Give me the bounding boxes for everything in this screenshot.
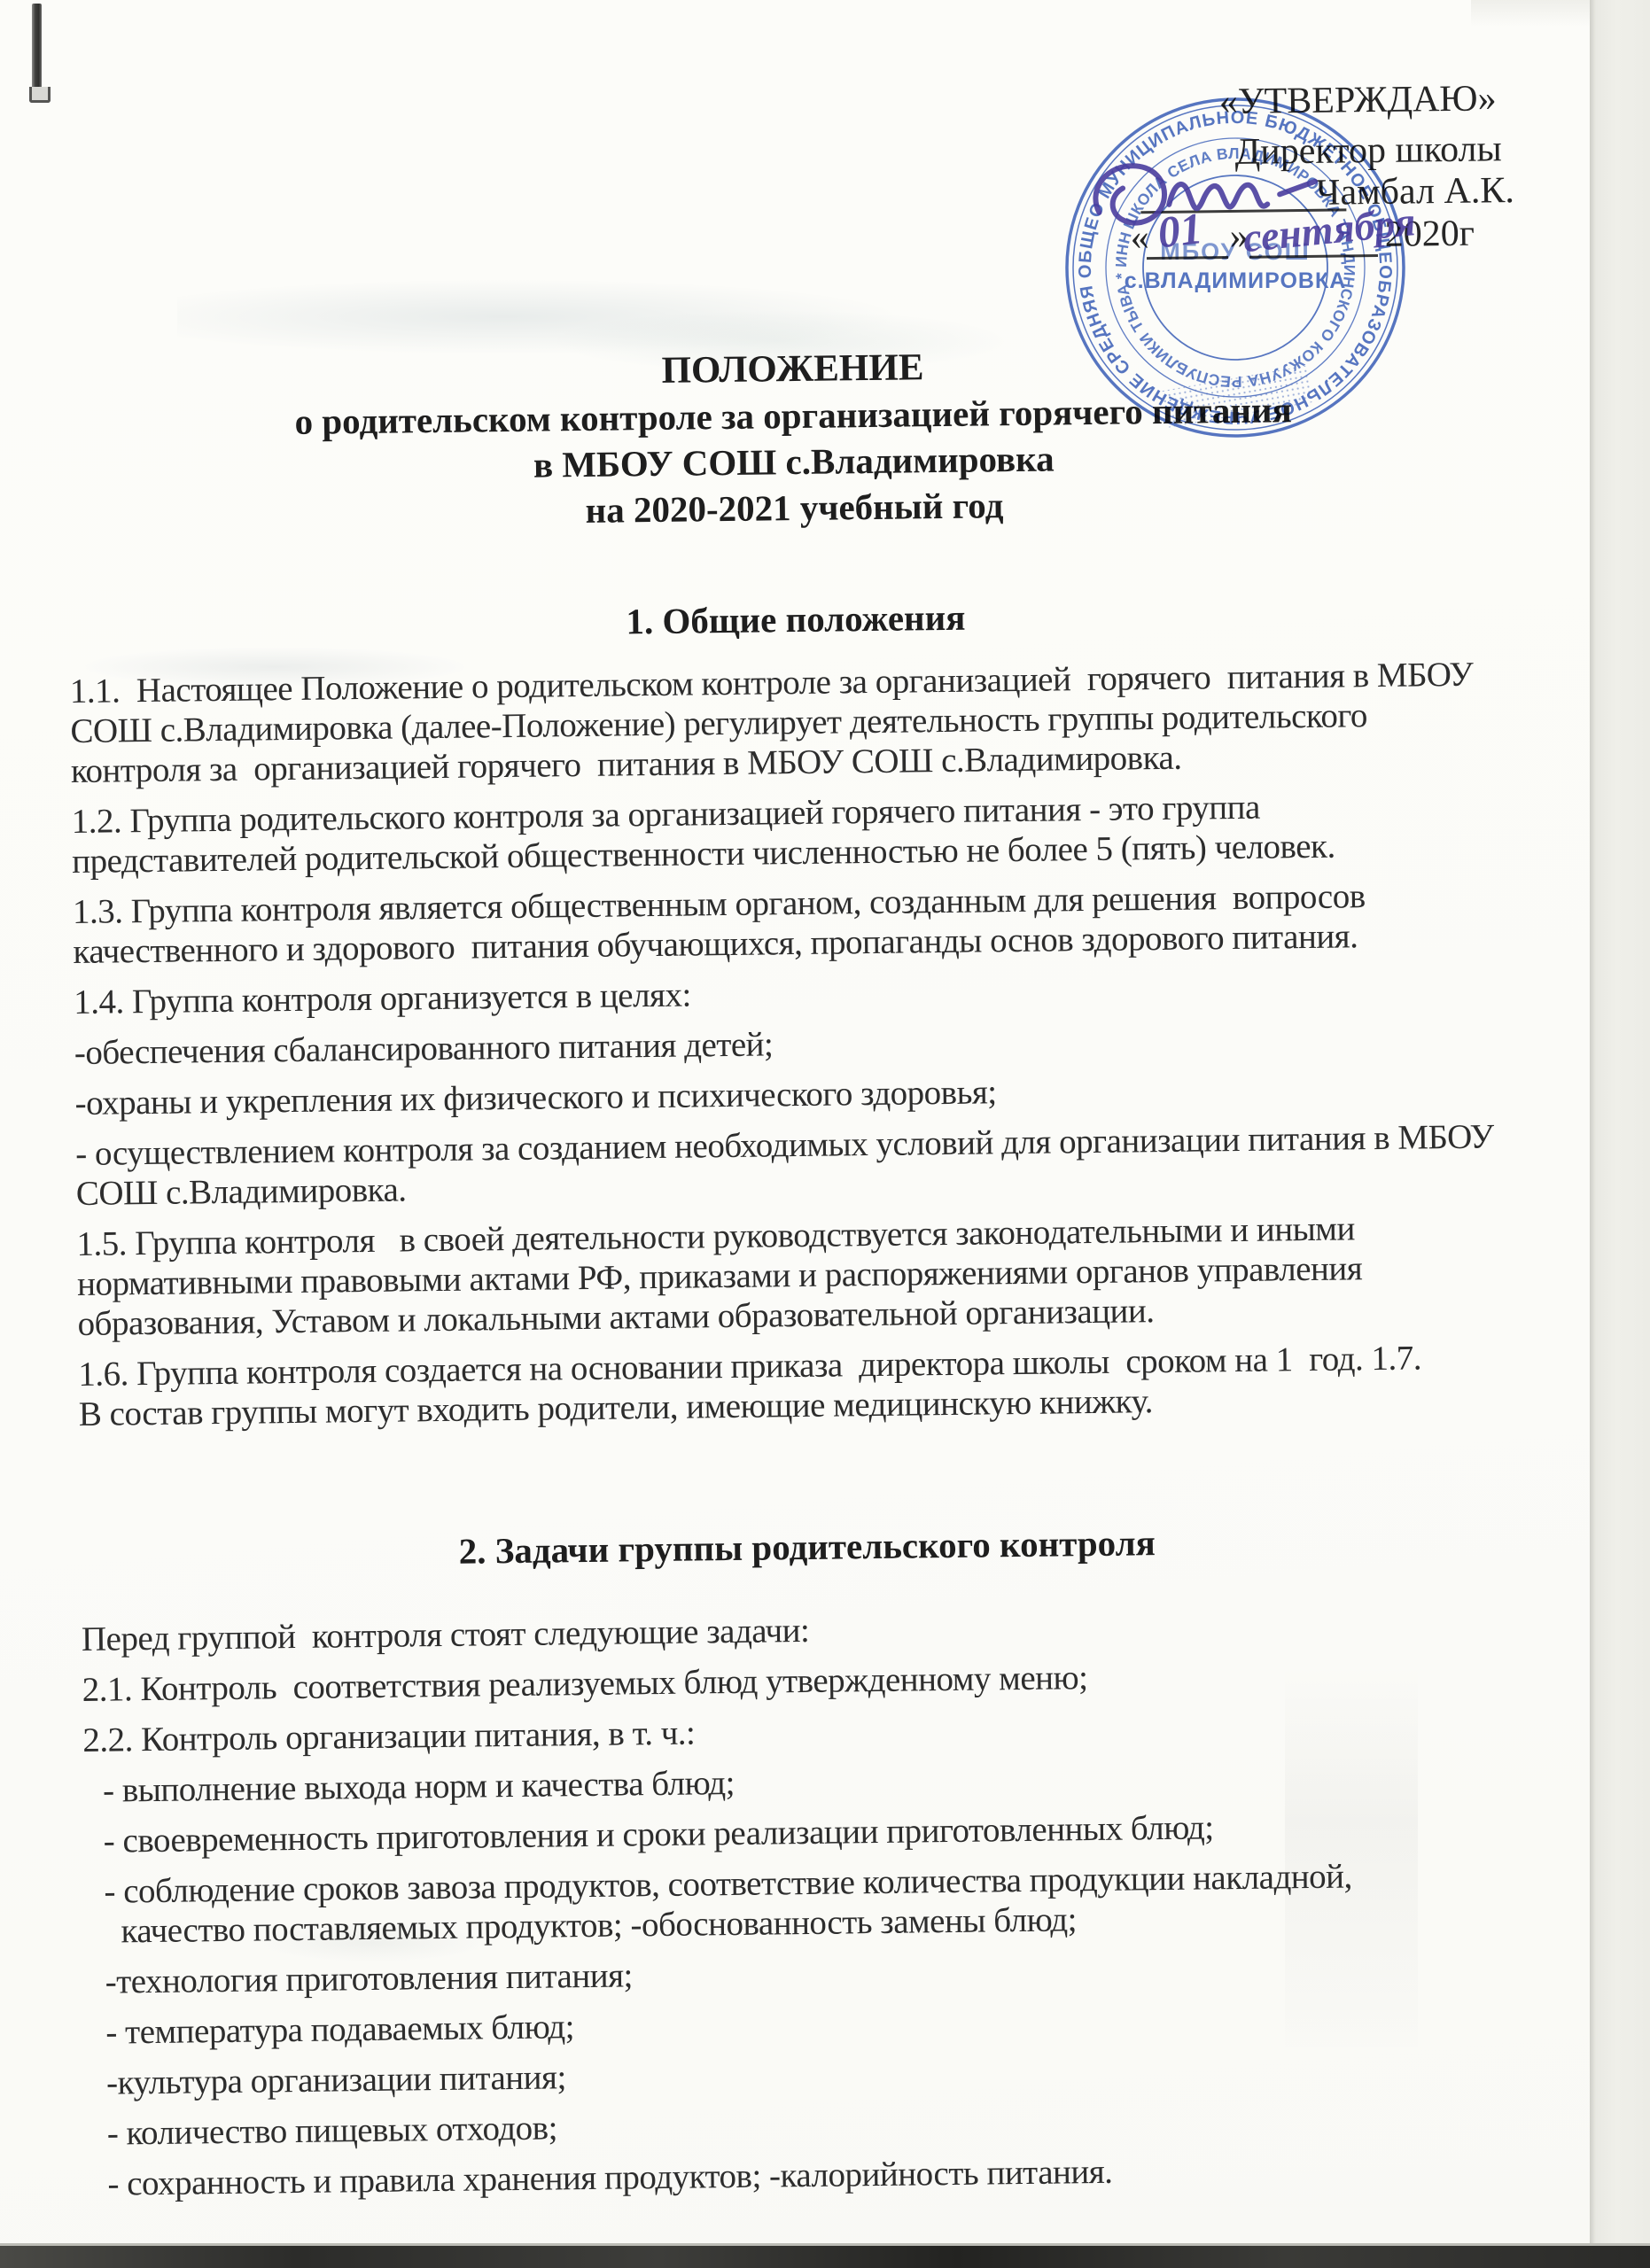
staple-foot xyxy=(29,87,51,103)
page-right-edge-shadow xyxy=(1590,0,1650,2268)
staple-mark xyxy=(32,4,42,89)
scanner-bottom-band xyxy=(0,2243,1650,2268)
date-day-handwriting: 01 xyxy=(1155,202,1204,258)
scanned-document-page: «УТВЕРЖДАЮ» Директор школы Чамбал А.К. «… xyxy=(0,0,1650,2268)
handwriting-layer: 01 сентября xyxy=(61,0,1648,2268)
